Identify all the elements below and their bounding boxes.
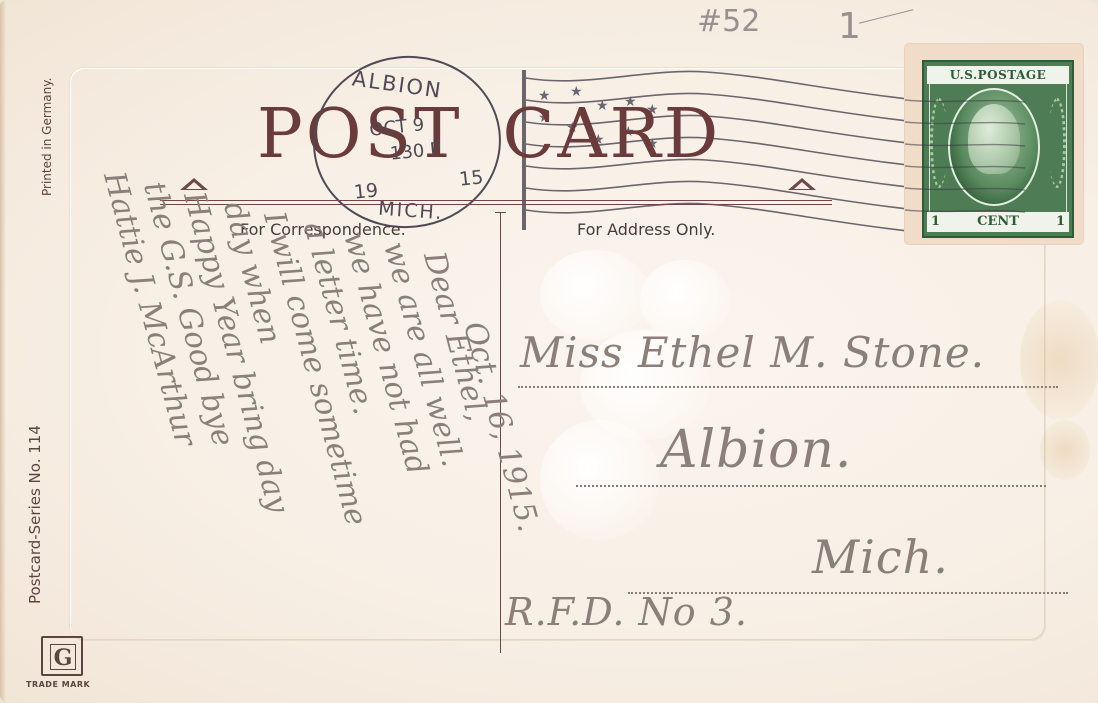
recipient-state: Mich. xyxy=(812,530,949,584)
embossed-flower xyxy=(540,420,660,540)
pencil-inventory-number: #52 xyxy=(697,4,760,39)
address-line-1 xyxy=(518,386,1058,388)
recipient-route: R.F.D. No 3. xyxy=(505,590,748,634)
header-rule xyxy=(160,204,832,205)
postcard-back: Printed in Germany. Postcard-Series No. … xyxy=(0,0,1098,703)
trademark-letter: G xyxy=(50,644,76,670)
postmark-date: OCT 9 xyxy=(368,114,425,141)
embossed-flower xyxy=(540,250,650,340)
recipient-name: Miss Ethel M. Stone. xyxy=(520,328,985,377)
series-number-label: Postcard-Series No. 114 xyxy=(26,425,44,604)
header-rule xyxy=(160,200,832,201)
printed-in-germany-label: Printed in Germany. xyxy=(40,78,54,196)
triangle-ornament-right xyxy=(788,178,816,190)
card-edge xyxy=(0,0,6,703)
postmark-time: 130 P xyxy=(389,139,442,165)
pencil-price-note: 1 xyxy=(838,6,861,47)
stamp-cancel-lines xyxy=(905,60,1085,240)
postmark-year-right: 15 xyxy=(458,166,484,190)
address-line-2 xyxy=(576,485,1046,487)
age-stain xyxy=(1020,300,1098,420)
title-card: CARD xyxy=(502,95,721,174)
age-stain xyxy=(1040,420,1090,480)
postmark-city: ALBION xyxy=(351,66,444,102)
trademark-label: TRADE MARK xyxy=(26,680,90,689)
recipient-city: Albion. xyxy=(660,420,852,480)
address-label: For Address Only. xyxy=(577,220,715,239)
triangle-ornament-left xyxy=(180,178,208,190)
trademark-logo: G xyxy=(41,636,83,676)
